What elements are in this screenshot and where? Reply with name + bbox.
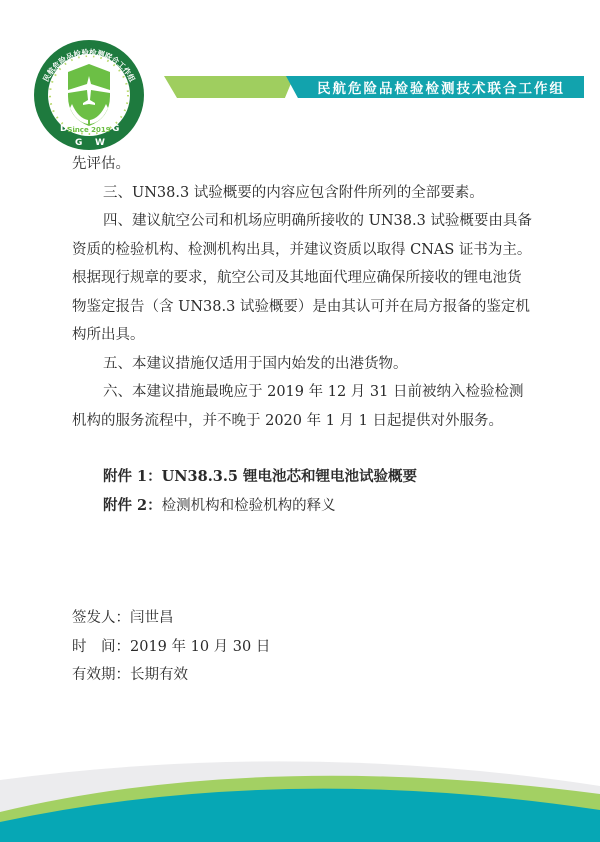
svg-text:Since 2019: Since 2019 <box>67 126 110 134</box>
dgwg-logo: Since 2019 D G W G 民航危险品检验检测联合工作组 <box>32 38 146 152</box>
issuer: 签发人：闫世昌 <box>72 604 534 633</box>
attachment-2-title: 检测机构和检验机构的释义 <box>162 498 336 514</box>
paragraph-item-6: 六、本建议措施最晚应于 2019 年 12 月 31 日前被纳入检验检测机构的服… <box>72 378 534 435</box>
attachment-1-title: UN38.3.5 锂电池芯和锂电池试验概要 <box>162 468 417 485</box>
paragraph-item-3: 三、UN38.3 试验概要的内容应包含附件所列的全部要素。 <box>72 179 534 208</box>
attachment-2: 附件 2：检测机构和检验机构的释义 <box>72 492 534 521</box>
document-body: 先评估。 三、UN38.3 试验概要的内容应包含附件所列的全部要素。 四、建议航… <box>72 150 534 690</box>
svg-text:G: G <box>112 124 119 134</box>
banner-green-accent <box>164 76 294 98</box>
paragraph-item-5: 五、本建议措施仅适用于国内始发的出港货物。 <box>72 350 534 379</box>
header-banner: 民航危险品检验检测技术联合工作组 <box>286 76 584 98</box>
paragraph-continuation: 先评估。 <box>72 150 534 179</box>
attachment-1: 附件 1：UN38.3.5 锂电池芯和锂电池试验概要 <box>72 463 534 492</box>
issue-date: 时 间：2019 年 10 月 30 日 <box>72 633 534 662</box>
footer-wave-decoration <box>0 740 600 842</box>
attachment-1-label: 附件 1： <box>103 468 162 485</box>
attachment-2-label: 附件 2： <box>103 497 162 514</box>
organization-title: 民航危险品检验检测技术联合工作组 <box>305 77 565 97</box>
svg-text:D: D <box>60 124 67 134</box>
svg-text:G: G <box>75 138 82 148</box>
svg-text:W: W <box>95 138 105 148</box>
validity: 有效期：长期有效 <box>72 661 534 690</box>
paragraph-item-4: 四、建议航空公司和机场应明确所接收的 UN38.3 试验概要由具备资质的检验机构… <box>72 207 534 350</box>
